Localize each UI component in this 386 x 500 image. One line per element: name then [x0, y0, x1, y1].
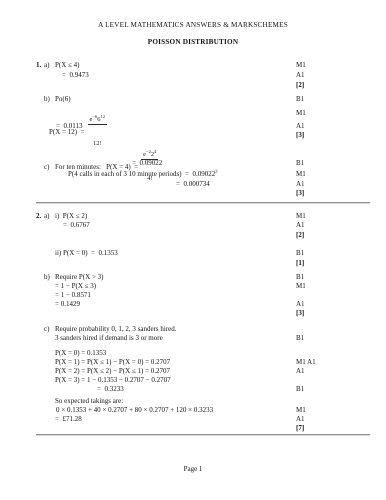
q1a-result: = 0.9473	[62, 71, 89, 79]
q2c-p0: P(X = 0) = 0.1353	[55, 349, 106, 357]
q2c-p3-result: = 0.3233	[97, 385, 124, 393]
q1a-mark-a1: A1	[296, 71, 305, 79]
q2aii-line: ii) P(X = 0) = 0.1353	[55, 249, 118, 257]
q1b-mark-a1: A1	[296, 122, 305, 130]
q2-number: 2.	[36, 212, 44, 220]
q2ai-line: 2.a)i) P(X ≤ 2)	[36, 212, 87, 220]
q2c-line1: c)Require probability 0, 1, 2, 3 sanders…	[44, 325, 177, 333]
q1b-total: [3]	[296, 131, 304, 139]
section-divider-2	[36, 434, 370, 435]
q2c-takings-result: = £71.28	[55, 415, 82, 423]
q1c-line2-text: P(4 calls in each of 3 10 minute periods…	[68, 170, 215, 178]
q1a-label: a)	[44, 61, 55, 69]
q2b-mark-m1: M1	[296, 282, 306, 290]
q2b-mark-b1: B1	[296, 273, 304, 281]
q1c-mark-a1: A1	[296, 180, 305, 188]
q1c-mark-b1: B1	[296, 159, 304, 167]
q2aii-mark-b1: B1	[296, 249, 304, 257]
q2c-mark-b1-2: B1	[296, 385, 304, 393]
q1a-expression: P(X ≤ 4)	[55, 61, 79, 69]
q2ai-expression: i) P(X ≤ 2)	[55, 212, 87, 220]
q1a-line: 1.a)P(X ≤ 4)	[36, 61, 79, 69]
markscheme-page: A LEVEL MATHEMATICS ANSWERS & MARKSCHEME…	[0, 0, 386, 500]
q2b-label: b)	[44, 273, 55, 281]
section-divider-1	[36, 202, 370, 203]
q1c-line2-exponent: 3	[215, 169, 217, 174]
q1c-label: c)	[44, 163, 55, 171]
q2c-mark-m1a1: M1 A1	[296, 358, 316, 366]
q1c-line2: P(4 calls in each of 3 10 minute periods…	[68, 170, 218, 178]
q1b-frac-base-exponent: 12	[100, 114, 105, 119]
document-subtitle: POISSON DISTRIBUTION	[0, 38, 386, 46]
q2c-line1-text: Require probability 0, 1, 2, 3 sanders h…	[55, 325, 177, 333]
q2ai-mark-a1: A1	[296, 221, 305, 229]
q2ai-total: [2]	[296, 231, 304, 239]
q1c-result1: = 0.09022	[132, 159, 162, 167]
q2c-total: [7]	[296, 424, 304, 432]
q1a-mark-m1: M1	[296, 61, 306, 69]
q1b-result: = 0.0113	[56, 122, 82, 130]
q2b-mark-a1: A1	[296, 300, 305, 308]
q2c-mark-a1-2: A1	[296, 415, 305, 423]
q2c-takings-expression: 0 × 0.1353 + 40 × 0.2707 + 80 × 0.2707 +…	[56, 406, 213, 414]
q2b-total: [3]	[296, 309, 304, 317]
page-number: Page 1	[0, 465, 386, 473]
q1a-total: [2]	[296, 81, 304, 89]
document-title: A LEVEL MATHEMATICS ANSWERS & MARKSCHEME…	[0, 21, 386, 29]
q2b-line1: b)Require P(X > 3)	[44, 273, 103, 281]
q1b-mark-m1: M1	[296, 109, 306, 117]
q2c-line2: 3 sanders hired if demand is 3 or more	[55, 334, 163, 342]
q2aii-total: [1]	[296, 259, 304, 267]
q2c-p2: P(X = 2) = P(X ≤ 2) − P(X ≤ 1) = 0.2707	[55, 367, 170, 375]
q1c-mark-m1: M1	[296, 170, 306, 178]
q2a-label: a)	[44, 212, 55, 220]
q2c-p1: P(X = 1) = P(X ≤ 1) − P(X = 0) = 0.2707	[55, 358, 170, 366]
q2b-line2: = 1 − P(X ≤ 3)	[55, 282, 96, 290]
q1b-mark-b1: B1	[296, 95, 304, 103]
q2b-line4: = 0.1429	[55, 300, 80, 308]
q1c-line3: = 0.000734	[176, 180, 210, 188]
q1c-total: [3]	[296, 189, 304, 197]
q2c-p3: P(X = 3) = 1 − 0.1353 − 0.2707 − 0.2707	[55, 376, 171, 384]
q2b-line3: = 1 − 0.8571	[55, 291, 91, 299]
q1b-fraction-numerator: e−6612	[88, 116, 108, 125]
q2c-label: c)	[44, 325, 55, 333]
q2c-mark-a1: A1	[296, 367, 305, 375]
q2c-mark-m1-2: M1	[296, 406, 306, 414]
q2c-mark-b1: B1	[296, 334, 304, 342]
q2b-line1-text: Require P(X > 3)	[55, 273, 103, 281]
q2ai-result: = 0.6767	[63, 221, 90, 229]
q2c-takings-intro: So expected takings are:	[55, 397, 123, 405]
q1c-frac-base-exponent: 4	[154, 149, 156, 154]
q2ai-mark-m1: M1	[296, 212, 306, 220]
q1-number: 1.	[36, 61, 44, 69]
